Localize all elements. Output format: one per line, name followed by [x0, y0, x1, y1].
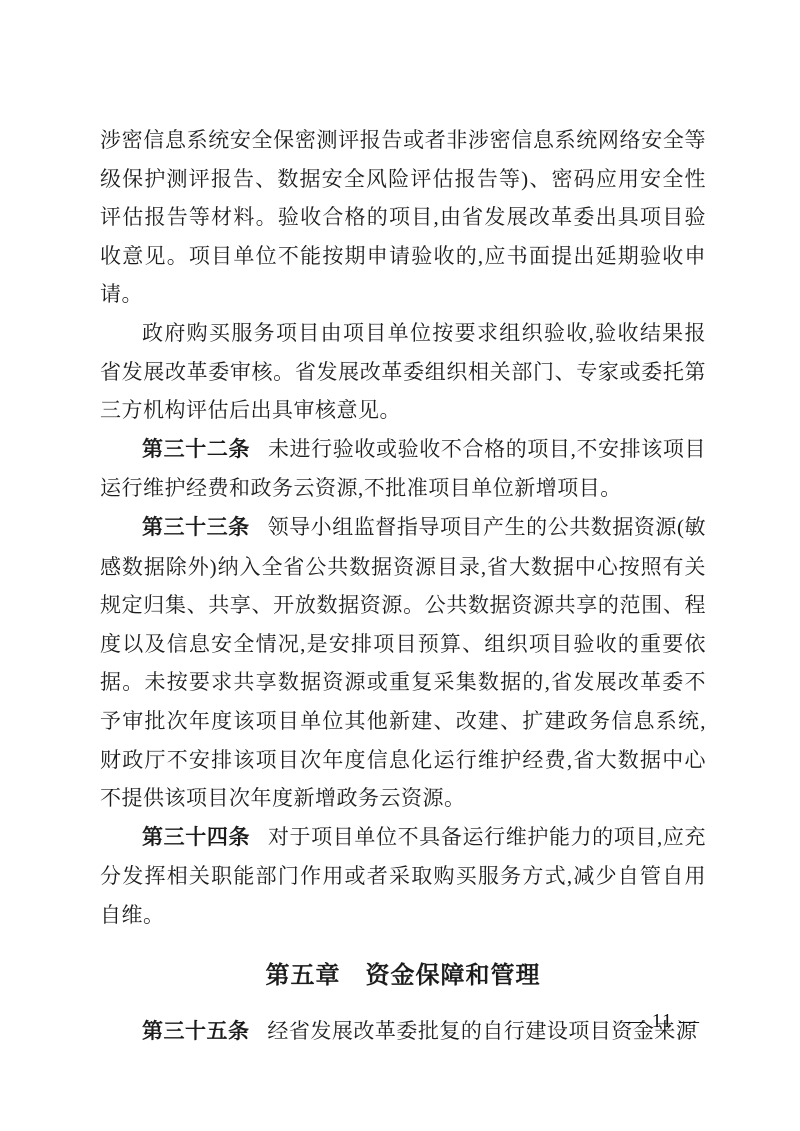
body-paragraph: 第三十三条领导小组监督指导项目产生的公共数据资源(敏感数据除外)纳入全省公共数据… [100, 508, 706, 818]
body-paragraph: 涉密信息系统安全保密测评报告或者非涉密信息系统网络安全等级保护测评报告、数据安全… [100, 121, 706, 314]
article-number-label: 第三十二条 [142, 438, 250, 461]
document-body: 涉密信息系统安全保密测评报告或者非涉密信息系统网络安全等级保护测评报告、数据安全… [100, 121, 706, 1052]
paragraph-text: 政府购买服务项目由项目单位按要求组织验收,验收结果报省发展改革委审核。省发展改革… [100, 321, 706, 422]
body-paragraph: 第三十五条经省发展改革委批复的自行建设项目资金来源 [100, 1012, 706, 1052]
article-number-label: 第三十四条 [142, 826, 250, 849]
body-paragraph: 第三十四条对于项目单位不具备运行维护能力的项目,应充分发挥相关职能部门作用或者采… [100, 818, 706, 935]
chapter-heading: 第五章 资金保障和管理 [100, 956, 706, 996]
paragraph-text: 涉密信息系统安全保密测评报告或者非涉密信息系统网络安全等级保护测评报告、数据安全… [100, 128, 706, 306]
article-number-label: 第三十五条 [142, 1020, 250, 1043]
body-paragraph: 第三十二条未进行验收或验收不合格的项目,不安排该项目运行维护经费和政务云资源,不… [100, 430, 706, 508]
body-paragraph: 政府购买服务项目由项目单位按要求组织验收,验收结果报省发展改革委审核。省发展改革… [100, 314, 706, 430]
paragraph-text: 领导小组监督指导项目产生的公共数据资源(敏感数据除外)纳入全省公共数据资源目录,… [100, 515, 706, 810]
page-number: — 11 — [625, 1006, 700, 1036]
document-page: 涉密信息系统安全保密测评报告或者非涉密信息系统网络安全等级保护测评报告、数据安全… [0, 0, 800, 1131]
article-number-label: 第三十三条 [142, 516, 250, 539]
